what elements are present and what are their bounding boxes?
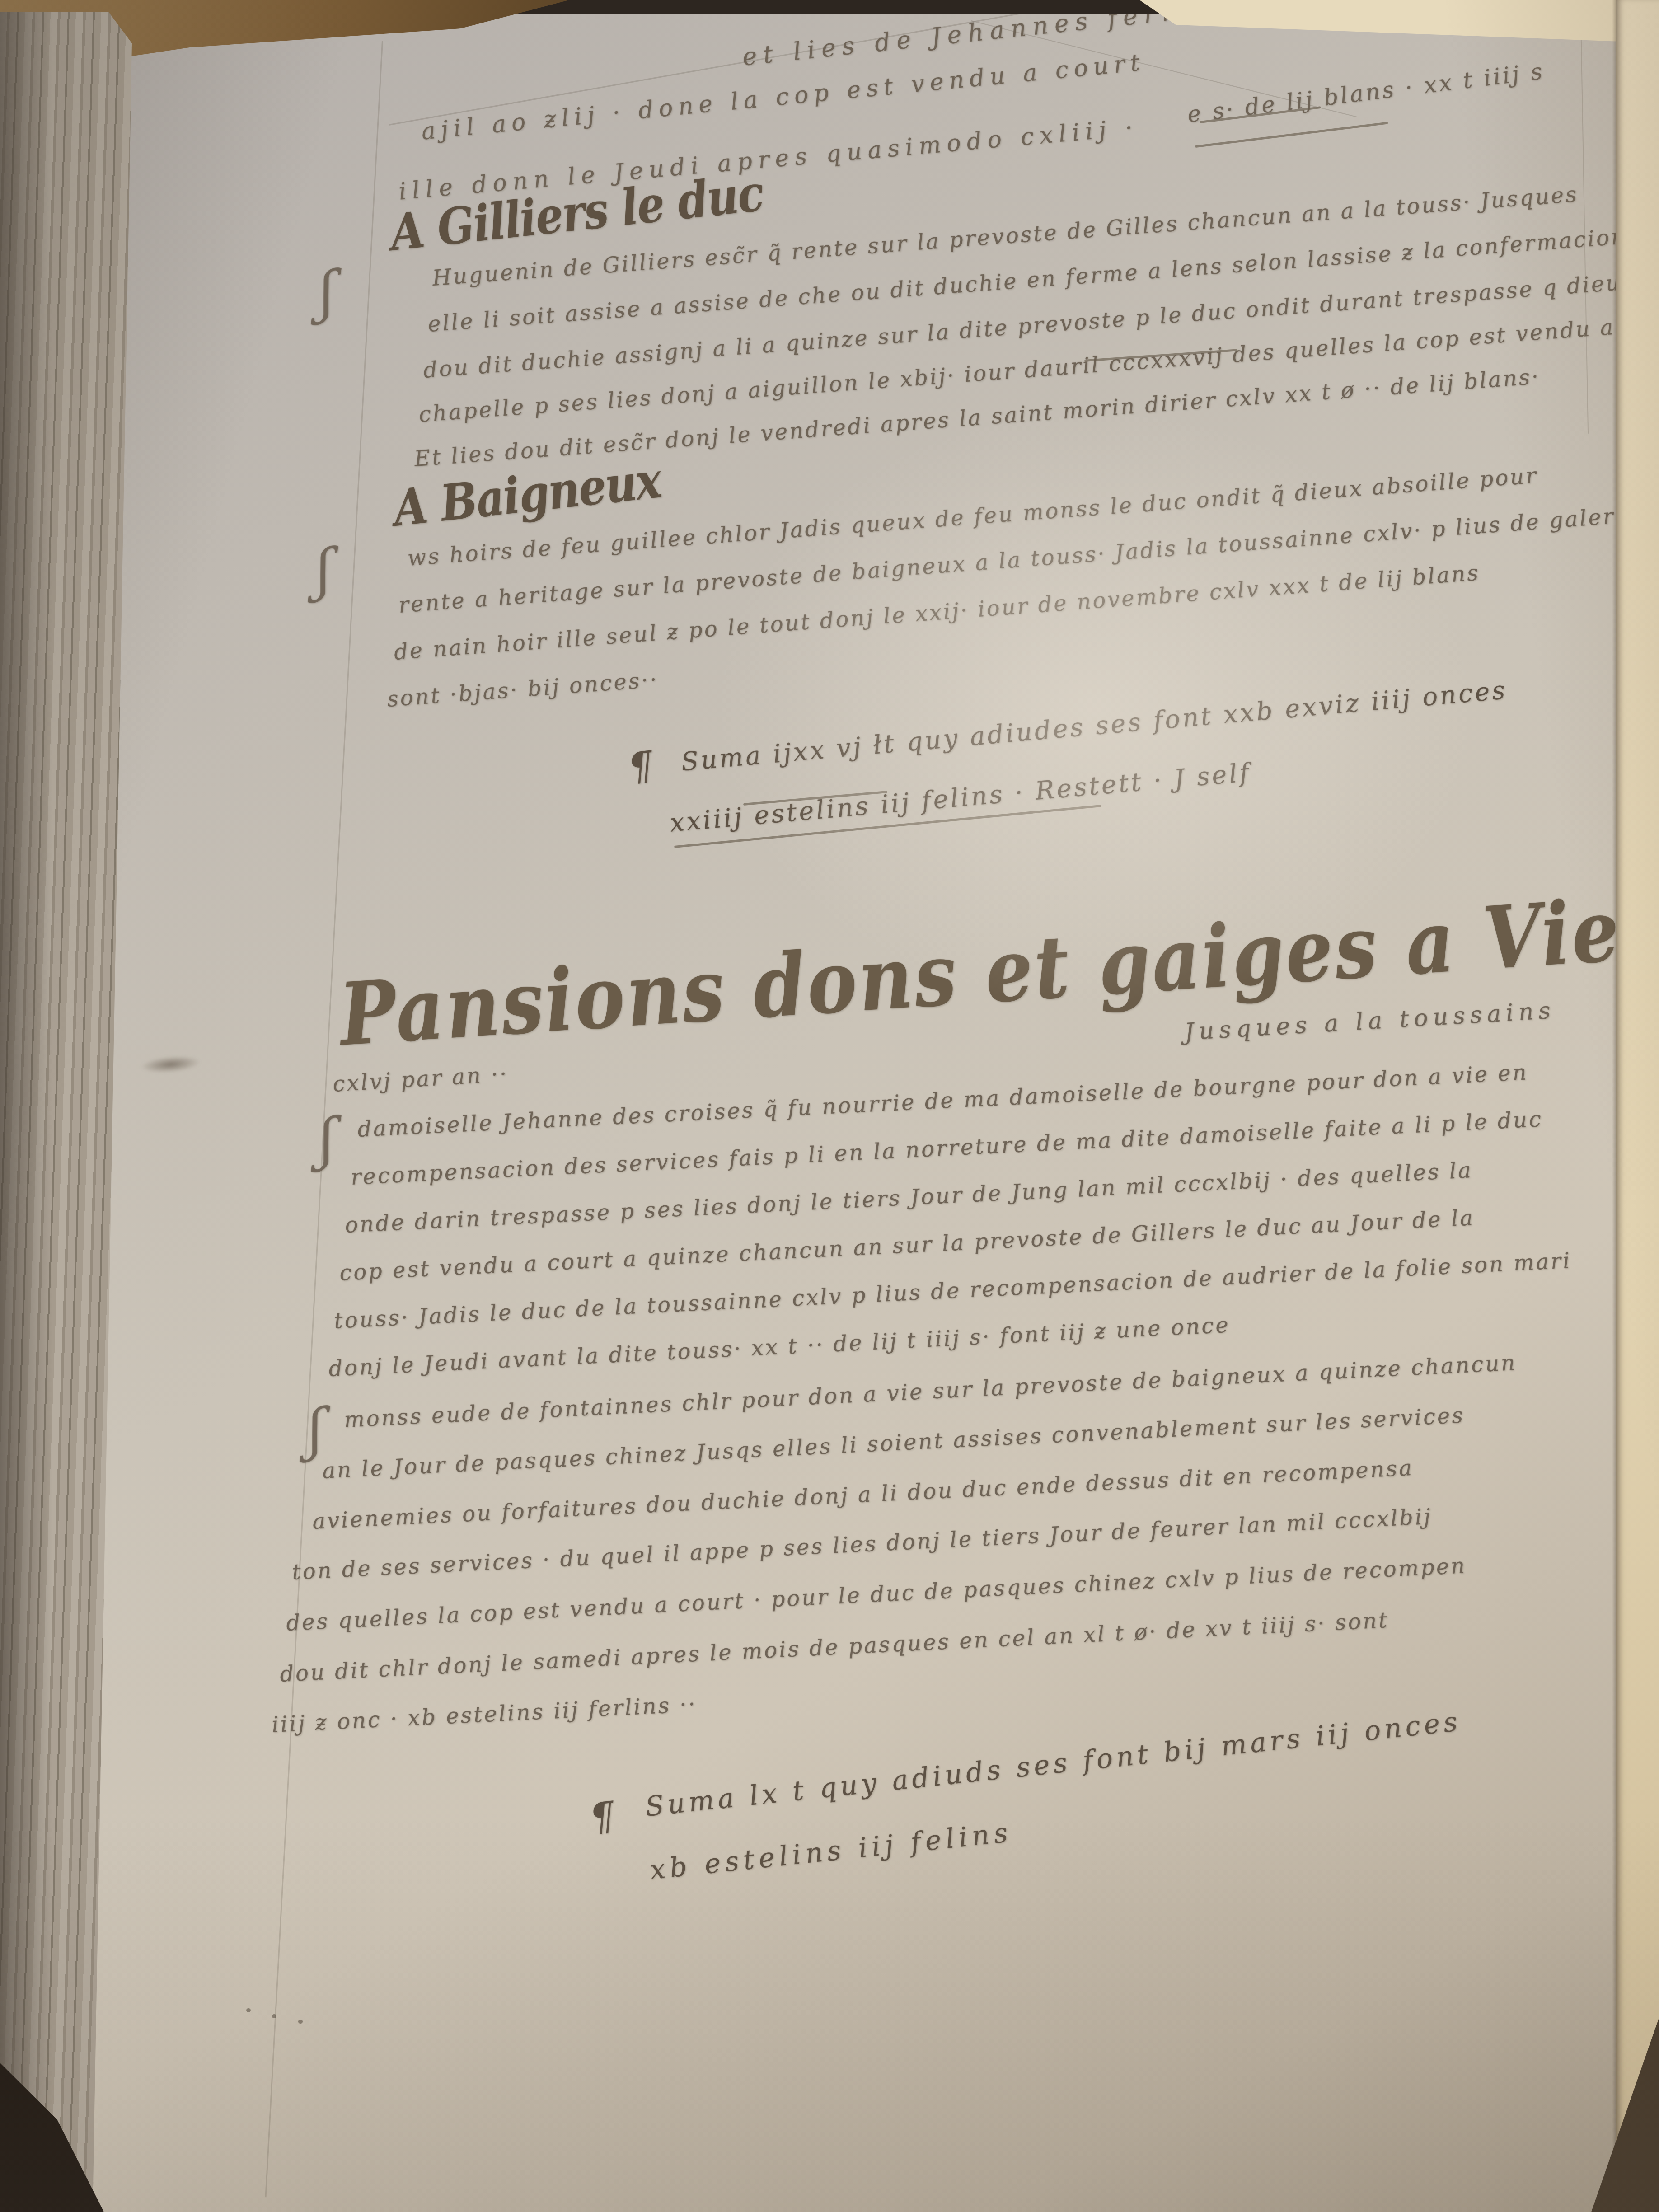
- paragraph-mark: ʃ: [319, 259, 335, 325]
- sum-pilcrow-mark: ¶: [626, 743, 655, 790]
- right-page-edge: [1616, 0, 1659, 2212]
- paragraph-mark: ʃ: [307, 1397, 324, 1463]
- ink-speck: [298, 2020, 303, 2024]
- paragraph-mark: ʃ: [319, 1106, 335, 1172]
- manuscript-photo: et lies de Jehannes ferre ƶ Jaquet dause…: [0, 0, 1659, 2212]
- ink-speck: [246, 2008, 251, 2012]
- ink-speck: [272, 2014, 276, 2018]
- paragraph-mark: ʃ: [315, 537, 332, 603]
- sum-pilcrow-mark: ¶: [587, 1793, 617, 1841]
